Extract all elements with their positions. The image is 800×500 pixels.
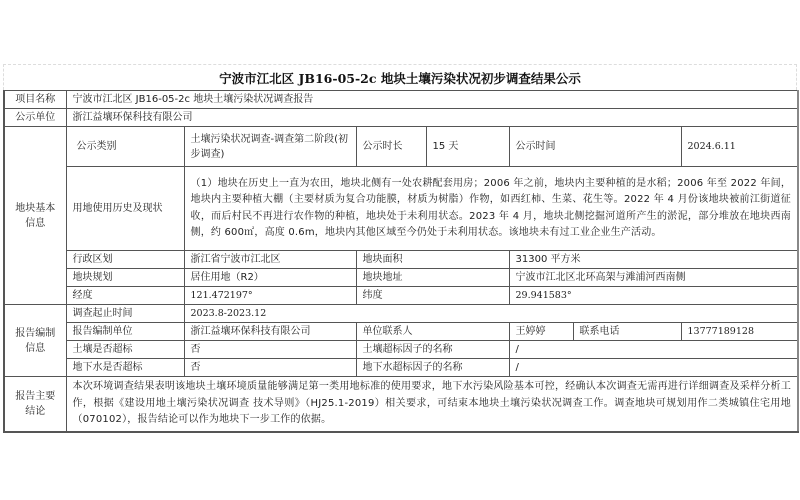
notice-duration-label: 公示时长 (356, 127, 426, 167)
soil-exceed-value: 否 (184, 341, 356, 359)
row-notice-type: 地块基本信息 公示类别 土壤污染状况调查-调查第二阶段(初步调查) 公示时长 1… (4, 127, 798, 167)
row-coordinates: 经度 121.472197° 纬度 29.941583° (4, 287, 798, 305)
land-history-value: （1）地块在历史上一直为农田，地块北侧有一处农耕配套用房；2006 年之前，地块… (184, 167, 798, 251)
row-land-history: 用地使用历史及现状 （1）地块在历史上一直为农田，地块北侧有一处农耕配套用房；2… (4, 167, 798, 251)
row-project-name: 项目名称 宁波市江北区 JB16-05-2c 地块土壤污染状况调查报告 (4, 91, 798, 109)
soil-exceed-label: 土壤是否超标 (66, 341, 184, 359)
notice-time-value: 2024.6.11 (681, 127, 798, 167)
phone-value: 13777189128 (681, 323, 798, 341)
notice-type-value: 土壤污染状况调查-调查第二阶段(初步调查) (184, 127, 356, 167)
address-value: 宁波市江北区北环高架与滩浦河西南侧 (509, 269, 798, 287)
report-info-group-label: 报告编制信息 (4, 305, 66, 377)
row-planning: 地块规划 居住用地（R2） 地块地址 宁波市江北区北环高架与滩浦河西南侧 (4, 269, 798, 287)
soil-factor-value: / (509, 341, 798, 359)
water-exceed-value: 否 (184, 359, 356, 377)
row-publisher: 公示单位 浙江益壤环保科技有限公司 (4, 109, 798, 127)
row-survey-period: 报告编制信息 调查起止时间 2023.8-2023.12 (4, 305, 798, 323)
publisher-value: 浙江益壤环保科技有限公司 (66, 109, 798, 127)
soil-factor-label: 土壤超标因子的名称 (356, 341, 509, 359)
survey-period-value: 2023.8-2023.12 (184, 305, 798, 323)
district-label: 行政区划 (66, 251, 184, 269)
row-conclusion: 报告主要结论 本次环境调查结果表明该地块土壤环境质量能够满足第一类用地标准的使用… (4, 377, 798, 432)
survey-period-label: 调查起止时间 (66, 305, 184, 323)
conclusion-label: 报告主要结论 (4, 377, 66, 432)
notice-document: 宁波市江北区 JB16-05-2c 地块土壤污染状况初步调查结果公示 项目名称 … (3, 64, 797, 433)
water-exceed-label: 地下水是否超标 (66, 359, 184, 377)
row-report-org: 报告编制单位 浙江益壤环保科技有限公司 单位联系人 王婷婷 联系电话 13777… (4, 323, 798, 341)
latitude-label: 纬度 (356, 287, 509, 305)
district-value: 浙江省宁波市江北区 (184, 251, 356, 269)
site-info-group-label: 地块基本信息 (4, 127, 66, 305)
water-factor-label: 地下水超标因子的名称 (356, 359, 509, 377)
area-label: 地块面积 (356, 251, 509, 269)
notice-table: 项目名称 宁波市江北区 JB16-05-2c 地块土壤污染状况调查报告 公示单位… (3, 90, 799, 433)
notice-time-label: 公示时间 (509, 127, 681, 167)
row-water-exceed: 地下水是否超标 否 地下水超标因子的名称 / (4, 359, 798, 377)
water-factor-value: / (509, 359, 798, 377)
document-title: 宁波市江北区 JB16-05-2c 地块土壤污染状况初步调查结果公示 (3, 64, 797, 90)
contact-value: 王婷婷 (509, 323, 573, 341)
publisher-label: 公示单位 (4, 109, 66, 127)
report-org-label: 报告编制单位 (66, 323, 184, 341)
report-org-value: 浙江益壤环保科技有限公司 (184, 323, 356, 341)
contact-label: 单位联系人 (356, 323, 509, 341)
address-label: 地块地址 (356, 269, 509, 287)
planning-label: 地块规划 (66, 269, 184, 287)
notice-type-label: 公示类别 (66, 127, 184, 167)
row-district: 行政区划 浙江省宁波市江北区 地块面积 31300 平方米 (4, 251, 798, 269)
longitude-label: 经度 (66, 287, 184, 305)
project-name-value: 宁波市江北区 JB16-05-2c 地块土壤污染状况调查报告 (66, 91, 798, 109)
phone-label: 联系电话 (573, 323, 681, 341)
row-soil-exceed: 土壤是否超标 否 土壤超标因子的名称 / (4, 341, 798, 359)
latitude-value: 29.941583° (509, 287, 798, 305)
land-history-label: 用地使用历史及现状 (66, 167, 184, 251)
longitude-value: 121.472197° (184, 287, 356, 305)
planning-value: 居住用地（R2） (184, 269, 356, 287)
conclusion-value: 本次环境调查结果表明该地块土壤环境质量能够满足第一类用地标准的使用要求，地下水污… (66, 377, 798, 432)
notice-duration-value: 15 天 (426, 127, 509, 167)
project-name-label: 项目名称 (4, 91, 66, 109)
area-value: 31300 平方米 (509, 251, 798, 269)
